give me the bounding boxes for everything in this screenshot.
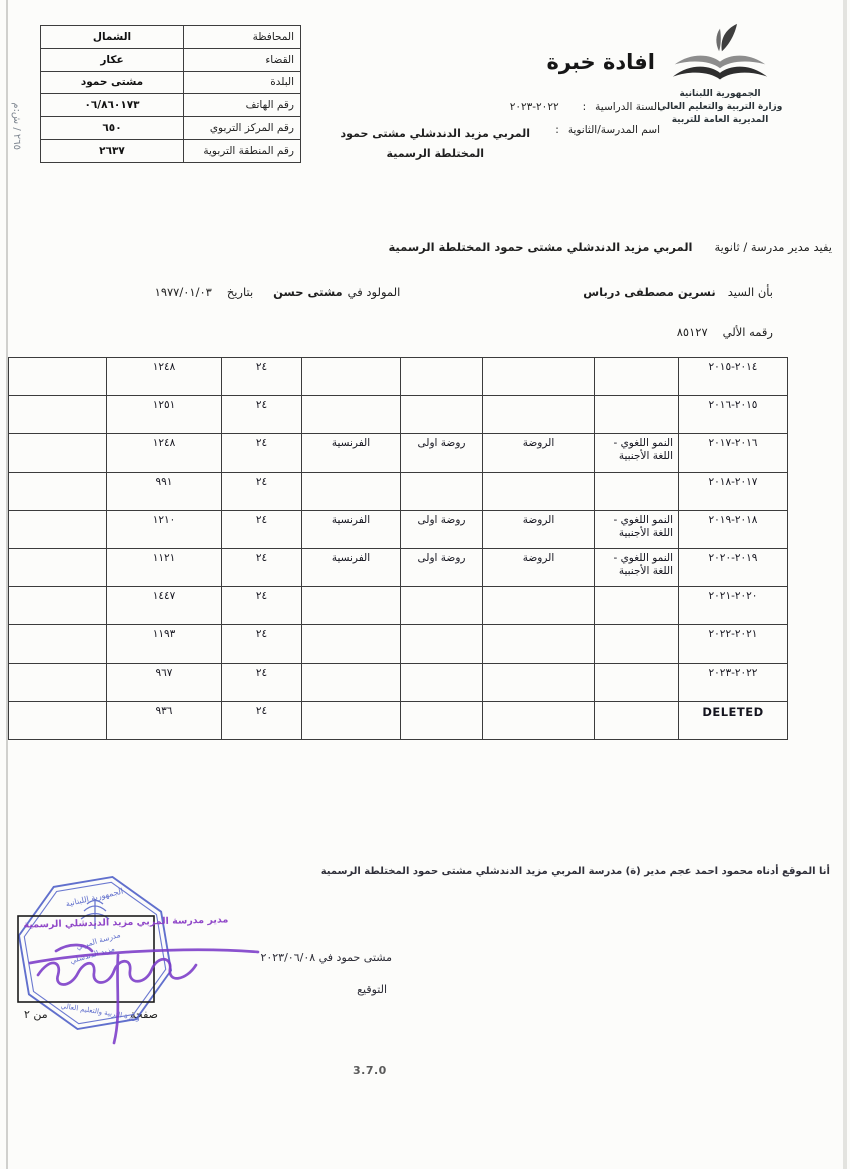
stage-cell: [483, 472, 595, 510]
info-row: رقم المنطقة التربوية٢٦٣٧: [41, 139, 301, 162]
class-cell: [401, 358, 483, 396]
info-value: ٠٦/٨٦٠١٧٣: [41, 94, 184, 117]
open-book-logo-icon: [668, 22, 772, 88]
extra-cell: [9, 625, 107, 663]
info-value: مشتى حمود: [41, 71, 184, 94]
statement-line-2: بأن السيد نسرين مصطفى درباس المولود في م…: [155, 285, 773, 299]
info-row: المحافظةالشمال: [41, 26, 301, 49]
auto-number-value: ٨٥١٢٧: [677, 325, 708, 339]
subject-cell: النمو اللغوي - اللغة الأجنبية: [595, 548, 679, 586]
count-cell: ٩٣٦: [107, 701, 222, 739]
school-name-label: اسم المدرسة/الثانوية: [568, 124, 660, 136]
count-cell: ٩٦٧: [107, 663, 222, 701]
experience-row: ٢٠٢١-٢٠٢٢٢٤١١٩٣: [9, 625, 788, 663]
class-cell: روضة اولى: [401, 434, 483, 472]
school-year-label: السنة الدراسية: [595, 101, 660, 113]
hours-cell: ٢٤: [222, 587, 302, 625]
official-stamp: الجمهورية اللبنانية وزارة التربية والتعل…: [0, 855, 280, 1055]
experience-row: ٢٠١٩-٢٠٢٠النمو اللغوي - اللغة الأجنبيةال…: [9, 548, 788, 586]
extra-cell: [9, 548, 107, 586]
count-cell: ١١٩٣: [107, 625, 222, 663]
info-label: المحافظة: [184, 26, 301, 49]
extra-cell: [9, 472, 107, 510]
born-in-label: المولود في: [348, 285, 401, 299]
info-label: القضاء: [184, 48, 301, 71]
count-cell: ١١٢١: [107, 548, 222, 586]
info-table: المحافظةالشمالالقضاءعكارالبلدةمشتى حمودر…: [40, 25, 301, 163]
hours-cell: ٢٤: [222, 625, 302, 663]
ministry-line-republic: الجمهورية اللبنانية: [635, 88, 805, 101]
class-cell: [401, 472, 483, 510]
info-value: الشمال: [41, 26, 184, 49]
declaration-line: أنا الموقع أدناه محمود احمد عجم مدير (ة)…: [321, 866, 830, 877]
info-label: البلدة: [184, 71, 301, 94]
document-title: افادة خبرة: [547, 50, 656, 74]
experience-row: ٢٠١٥-٢٠١٦٢٤١٢٥١: [9, 396, 788, 434]
extra-cell: [9, 663, 107, 701]
version-number: 3.7.0: [353, 1064, 387, 1077]
stage-cell: [483, 625, 595, 663]
extra-cell: [9, 358, 107, 396]
subject-cell: [595, 396, 679, 434]
language-cell: [302, 701, 401, 739]
stage-cell: الروضة: [483, 434, 595, 472]
info-label: رقم المنطقة التربوية: [184, 139, 301, 162]
stage-cell: [483, 663, 595, 701]
person-name: نسرين مصطفى درباس: [583, 285, 715, 299]
experience-row: DELETED٢٤٩٣٦: [9, 701, 788, 739]
info-label: رقم الهاتف: [184, 94, 301, 117]
hours-cell: ٢٤: [222, 701, 302, 739]
stage-cell: [483, 701, 595, 739]
subject-cell: النمو اللغوي - اللغة الأجنبية: [595, 434, 679, 472]
margin-note-handwriting: ٢٦٥ / ش:م: [11, 58, 22, 150]
count-cell: ١٢٥١: [107, 396, 222, 434]
language-cell: [302, 396, 401, 434]
subject-cell: [595, 472, 679, 510]
experience-table-wrap: ٢٠١٤-٢٠١٥٢٤١٢٤٨٢٠١٥-٢٠١٦٢٤١٢٥١٢٠١٦-٢٠١٧ا…: [8, 357, 788, 740]
language-cell: الفرنسية: [302, 548, 401, 586]
info-row: رقم الهاتف٠٦/٨٦٠١٧٣: [41, 94, 301, 117]
class-cell: [401, 396, 483, 434]
experience-table: ٢٠١٤-٢٠١٥٢٤١٢٤٨٢٠١٥-٢٠١٦٢٤١٢٥١٢٠١٦-٢٠١٧ا…: [8, 357, 788, 740]
school-year-line: السنة الدراسية : ٢٠٢٢-٢٠٢٣: [510, 101, 660, 113]
scanned-document-page: الجمهورية اللبنانية وزارة التربية والتعل…: [0, 0, 850, 1169]
auto-number-label: رقمه الألي: [723, 325, 773, 339]
language-cell: [302, 472, 401, 510]
class-cell: [401, 663, 483, 701]
info-value: عكار: [41, 48, 184, 71]
scan-edge-right: [843, 0, 847, 1169]
count-cell: ١٢٤٨: [107, 358, 222, 396]
info-label: رقم المركز التربوي: [184, 117, 301, 140]
language-cell: [302, 358, 401, 396]
stage-cell: الروضة: [483, 510, 595, 548]
ministry-line-ministry: وزارة التربية والتعليم العالي: [635, 101, 805, 114]
info-value: ٦٥٠: [41, 117, 184, 140]
extra-cell: [9, 701, 107, 739]
info-table-wrap: المحافظةالشمالالقضاءعكارالبلدةمشتى حمودر…: [40, 25, 301, 163]
subject-cell: [595, 663, 679, 701]
statement-line-3: رقمه الألي ٨٥١٢٧: [677, 325, 773, 339]
birth-date-label: بتاريخ: [227, 285, 253, 299]
school-name-value: المربي مزيد الدندشلي مشتى حمود المختلطة …: [321, 124, 549, 164]
statement-school-name: المربي مزيد الدندشلي مشتى حمود المختلطة …: [388, 240, 692, 254]
experience-row: ٢٠٢٠-٢٠٢١٢٤١٤٤٧: [9, 587, 788, 625]
subject-cell: [595, 625, 679, 663]
ministry-header: الجمهورية اللبنانية وزارة التربية والتعل…: [635, 22, 805, 127]
count-cell: ١٢١٠: [107, 510, 222, 548]
statement-intro-label: يفيد مدير مدرسة / ثانوية: [714, 240, 832, 254]
year-cell: ٢٠١٨-٢٠١٩: [679, 510, 788, 548]
year-cell: ٢٠٢٠-٢٠٢١: [679, 587, 788, 625]
school-name-colon: :: [555, 124, 559, 136]
extra-cell: [9, 434, 107, 472]
year-cell: ٢٠١٤-٢٠١٥: [679, 358, 788, 396]
language-cell: الفرنسية: [302, 510, 401, 548]
experience-row: ٢٠١٧-٢٠١٨٢٤٩٩١: [9, 472, 788, 510]
language-cell: الفرنسية: [302, 434, 401, 472]
info-value: ٢٦٣٧: [41, 139, 184, 162]
hours-cell: ٢٤: [222, 510, 302, 548]
stage-cell: [483, 396, 595, 434]
hours-cell: ٢٤: [222, 663, 302, 701]
experience-row: ٢٠٢٢-٢٠٢٣٢٤٩٦٧: [9, 663, 788, 701]
info-row: القضاءعكار: [41, 48, 301, 71]
count-cell: ٩٩١: [107, 472, 222, 510]
birth-place: مشتى حسن: [273, 285, 343, 299]
school-year-colon: :: [583, 101, 587, 113]
year-cell: ٢٠١٦-٢٠١٧: [679, 434, 788, 472]
year-cell: ٢٠٢١-٢٠٢٢: [679, 625, 788, 663]
statement-line-1: يفيد مدير مدرسة / ثانوية المربي مزيد الد…: [388, 240, 832, 254]
sign-place-date: مشتى حمود في ٢٠٢٣/٠٦/٠٨: [260, 951, 392, 964]
class-cell: [401, 701, 483, 739]
subject-cell: [595, 701, 679, 739]
info-row: رقم المركز التربوي٦٥٠: [41, 117, 301, 140]
info-table-body: المحافظةالشمالالقضاءعكارالبلدةمشتى حمودر…: [41, 26, 301, 163]
extra-cell: [9, 510, 107, 548]
year-cell: ٢٠١٧-٢٠١٨: [679, 472, 788, 510]
count-cell: ١٤٤٧: [107, 587, 222, 625]
count-cell: ١٢٤٨: [107, 434, 222, 472]
language-cell: [302, 625, 401, 663]
stage-cell: [483, 358, 595, 396]
school-year-value: ٢٠٢٢-٢٠٢٣: [510, 101, 559, 113]
subject-label: بأن السيد: [728, 285, 773, 299]
hours-cell: ٢٤: [222, 396, 302, 434]
hours-cell: ٢٤: [222, 548, 302, 586]
hours-cell: ٢٤: [222, 434, 302, 472]
experience-table-body: ٢٠١٤-٢٠١٥٢٤١٢٤٨٢٠١٥-٢٠١٦٢٤١٢٥١٢٠١٦-٢٠١٧ا…: [9, 358, 788, 740]
hours-cell: ٢٤: [222, 472, 302, 510]
experience-row: ٢٠١٦-٢٠١٧النمو اللغوي - اللغة الأجنبيةال…: [9, 434, 788, 472]
info-row: البلدةمشتى حمود: [41, 71, 301, 94]
experience-row: ٢٠١٤-٢٠١٥٢٤١٢٤٨: [9, 358, 788, 396]
stage-cell: [483, 587, 595, 625]
year-cell: DELETED: [679, 701, 788, 739]
hours-cell: ٢٤: [222, 358, 302, 396]
extra-cell: [9, 587, 107, 625]
school-name-line: اسم المدرسة/الثانوية : المربي مزيد الدند…: [321, 124, 660, 164]
language-cell: [302, 663, 401, 701]
class-cell: [401, 587, 483, 625]
extra-cell: [9, 396, 107, 434]
year-cell: ٢٠١٩-٢٠٢٠: [679, 548, 788, 586]
experience-row: ٢٠١٨-٢٠١٩النمو اللغوي - اللغة الأجنبيةال…: [9, 510, 788, 548]
ministry-line-directorate: المديرية العامة للتربية: [635, 114, 805, 127]
year-cell: ٢٠٢٢-٢٠٢٣: [679, 663, 788, 701]
birth-date-value: ١٩٧٧/٠١/٠٣: [155, 285, 212, 299]
subject-cell: [595, 358, 679, 396]
subject-cell: النمو اللغوي - اللغة الأجنبية: [595, 510, 679, 548]
subject-cell: [595, 587, 679, 625]
class-cell: روضة اولى: [401, 548, 483, 586]
language-cell: [302, 587, 401, 625]
signature-label: التوقيع: [357, 983, 387, 996]
class-cell: [401, 625, 483, 663]
handwritten-signature: [30, 945, 258, 1043]
year-cell: ٢٠١٥-٢٠١٦: [679, 396, 788, 434]
class-cell: روضة اولى: [401, 510, 483, 548]
stage-cell: الروضة: [483, 548, 595, 586]
